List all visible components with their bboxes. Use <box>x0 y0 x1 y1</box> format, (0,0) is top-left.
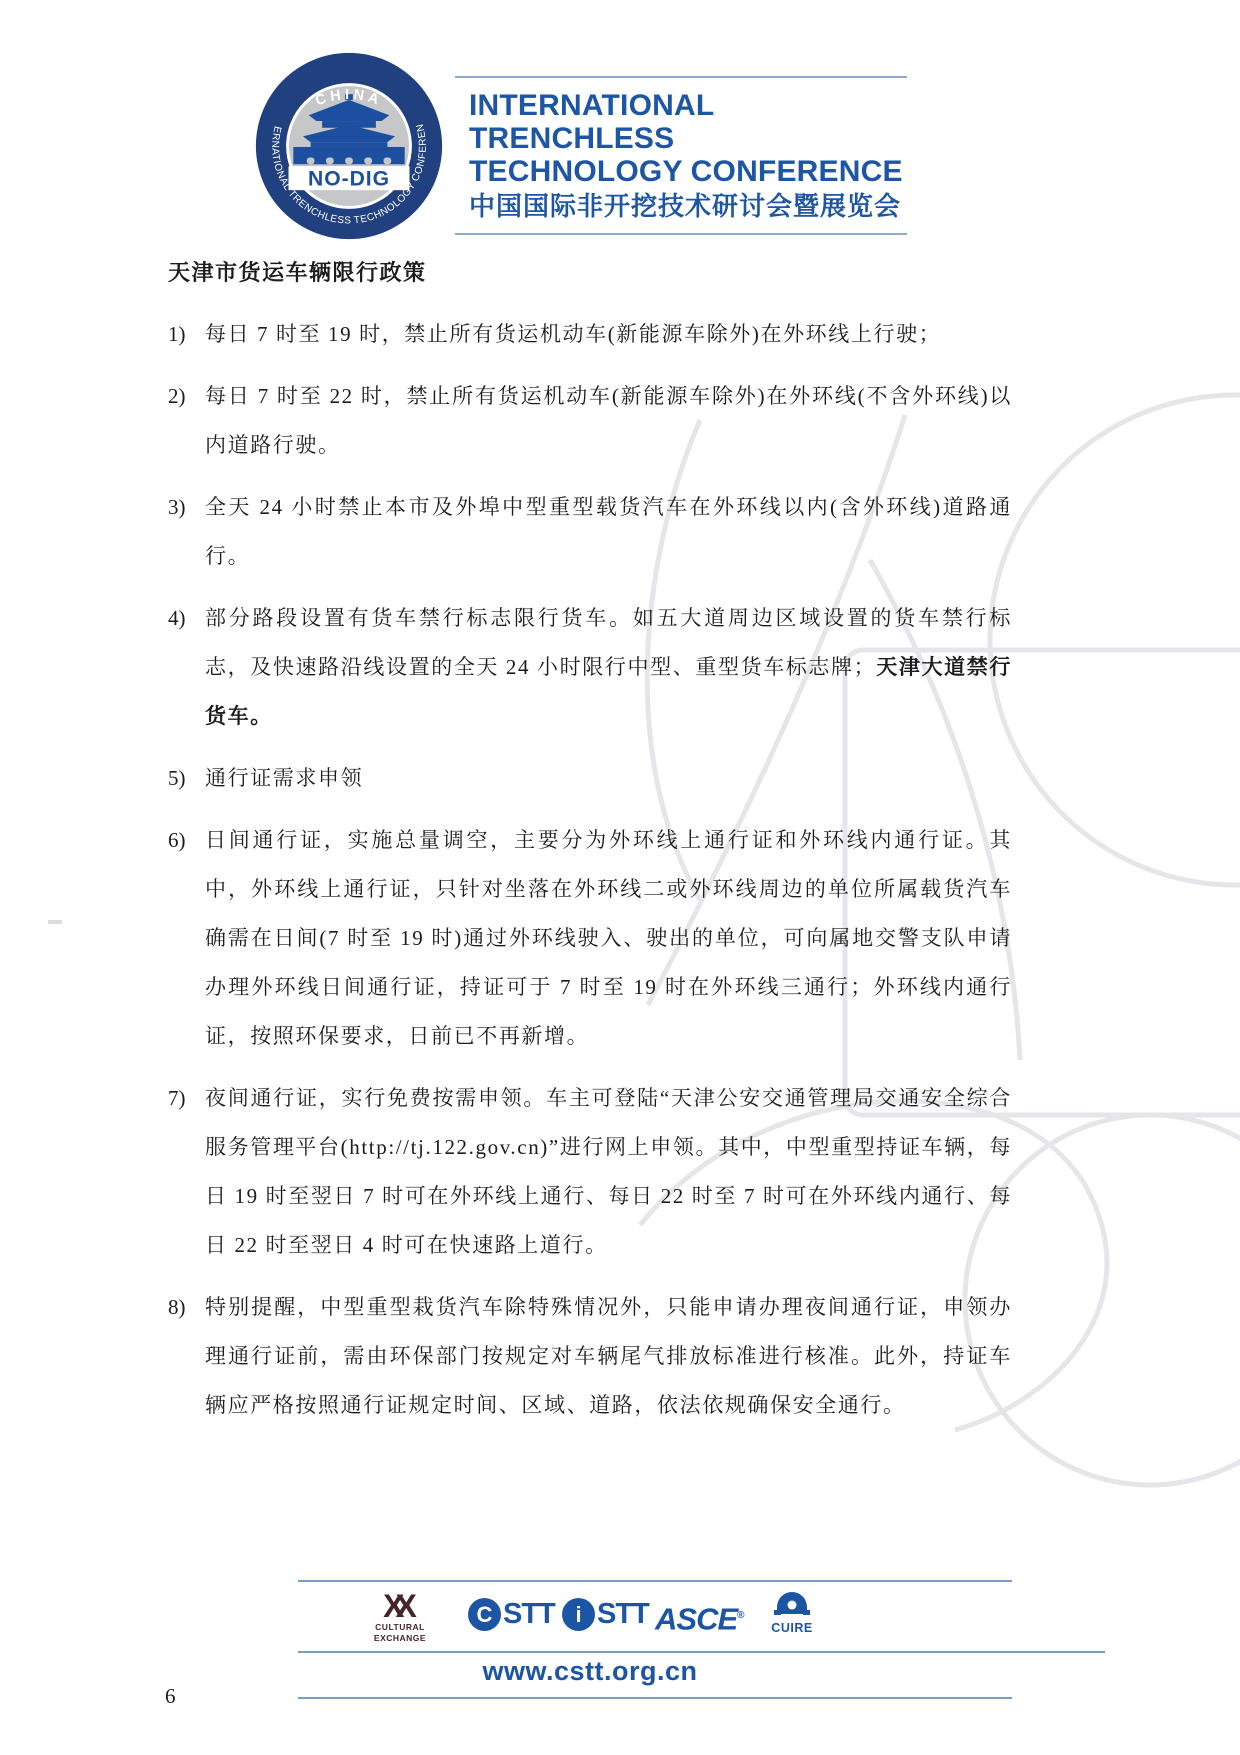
cultural-exchange-label2: EXCHANGE <box>362 1634 438 1643</box>
cuire-logo: CUIRE <box>770 1590 814 1635</box>
istt-logo: i STT <box>562 1598 649 1631</box>
footer-website: www.cstt.org.cn <box>440 1656 740 1687</box>
footer-rule-middle <box>298 1651 1105 1653</box>
istt-logo-text: STT <box>597 1598 649 1631</box>
footer-rule-bottom <box>298 1697 1012 1699</box>
page-number: 6 <box>165 1684 176 1709</box>
cstt-c-icon: C <box>468 1598 501 1631</box>
asce-logo: ASCE® <box>655 1600 744 1634</box>
cstt-logo: C STT <box>468 1598 555 1631</box>
footer-rule-top <box>298 1580 1012 1582</box>
cuire-dome-icon <box>773 1590 811 1616</box>
asce-logo-text: ASCE <box>655 1601 737 1636</box>
cultural-exchange-label1: CULTURAL <box>362 1623 438 1632</box>
istt-i-icon: i <box>562 1598 595 1631</box>
asce-registered-mark: ® <box>737 1610 743 1621</box>
page-footer: XX CULTURAL EXCHANGE C STT i STT ASCE® C… <box>0 0 1240 1755</box>
document-page: NO-DIG CHINA INTERNATIONAL TRENCHLESS TE… <box>0 0 1240 1755</box>
cultural-exchange-logo: XX CULTURAL EXCHANGE <box>362 1591 438 1643</box>
cuire-logo-text: CUIRE <box>770 1622 814 1635</box>
cultural-exchange-icon: XX <box>362 1591 438 1621</box>
cstt-logo-text: STT <box>503 1598 555 1631</box>
